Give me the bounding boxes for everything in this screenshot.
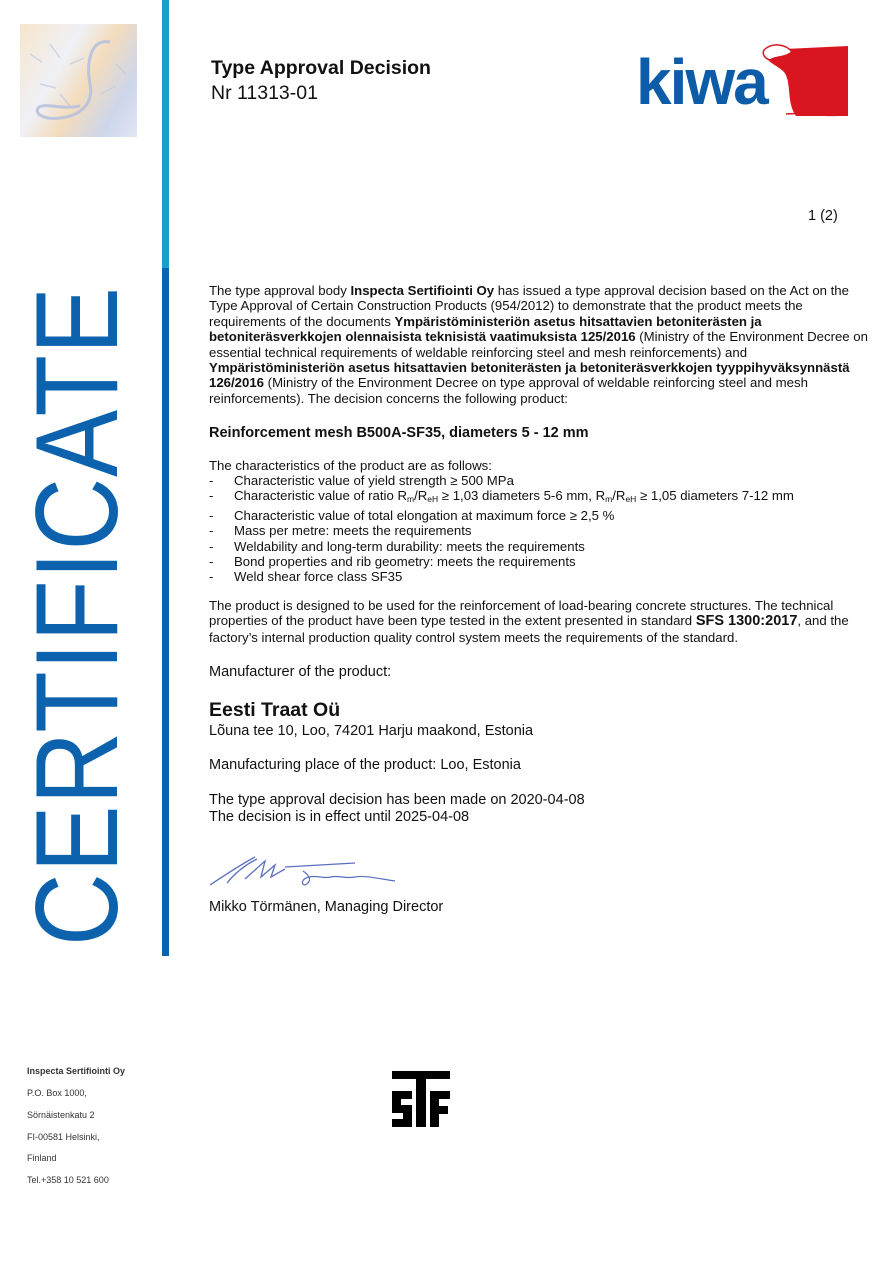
list-item: Bond properties and rib geometry: meets … bbox=[209, 554, 794, 569]
signer-name: Mikko Törmänen, Managing Director bbox=[209, 899, 443, 915]
list-item: Characteristic value of yield strength ≥… bbox=[209, 473, 794, 488]
signature-image bbox=[205, 845, 405, 890]
manufacturer-label: Manufacturer of the product: bbox=[209, 664, 391, 680]
manufacturer-name: Eesti Traat Oü bbox=[209, 699, 340, 722]
footer-line: FI-00581 Helsinki, bbox=[27, 1132, 100, 1142]
intro-paragraph: The type approval body Inspecta Sertifio… bbox=[209, 283, 879, 406]
decision-number: Nr 11313-01 bbox=[211, 82, 318, 105]
svg-text:kiwa: kiwa bbox=[636, 46, 769, 118]
stf-logo-icon bbox=[390, 1069, 452, 1127]
footer-line: Finland bbox=[27, 1153, 57, 1163]
footer-phone: Tel.+358 10 521 600 bbox=[27, 1175, 109, 1185]
list-item: Weld shear force class SF35 bbox=[209, 569, 794, 584]
manufacturer-address: Lõuna tee 10, Loo, 74201 Harju maakond, … bbox=[209, 723, 533, 739]
list-item: Weldability and long-term durability: me… bbox=[209, 539, 794, 554]
certificate-vertical-word: CERTIFICATE bbox=[18, 179, 135, 946]
list-item: Characteristic value of total elongation… bbox=[209, 508, 794, 523]
kiwa-beaver-logo-icon: kiwa bbox=[636, 42, 852, 120]
usage-paragraph: The product is designed to be used for t… bbox=[209, 598, 879, 645]
characteristics-intro: The characteristics of the product are a… bbox=[209, 458, 492, 473]
footer-line: Sörnäistenkatu 2 bbox=[27, 1110, 95, 1120]
validity-date: The decision is in effect until 2025-04-… bbox=[209, 809, 469, 825]
brand-divider-line bbox=[162, 268, 169, 956]
product-name: Reinforcement mesh B500A-SF35, diameters… bbox=[209, 425, 589, 441]
beaver-watermark-image bbox=[20, 24, 137, 137]
page-indicator: 1 (2) bbox=[808, 208, 838, 224]
list-item: Mass per metre: meets the requirements bbox=[209, 523, 794, 538]
decision-date: The type approval decision has been made… bbox=[209, 792, 585, 808]
list-item: Characteristic value of ratio Rm/ReH ≥ 1… bbox=[209, 488, 794, 507]
document-title: Type Approval Decision bbox=[211, 57, 431, 80]
footer-company: Inspecta Sertifiointi Oy bbox=[27, 1066, 125, 1076]
accent-divider-line bbox=[162, 0, 169, 268]
characteristics-list: Characteristic value of yield strength ≥… bbox=[209, 473, 794, 585]
footer-line: P.O. Box 1000, bbox=[27, 1088, 87, 1098]
manufacturing-place: Manufacturing place of the product: Loo,… bbox=[209, 757, 521, 773]
